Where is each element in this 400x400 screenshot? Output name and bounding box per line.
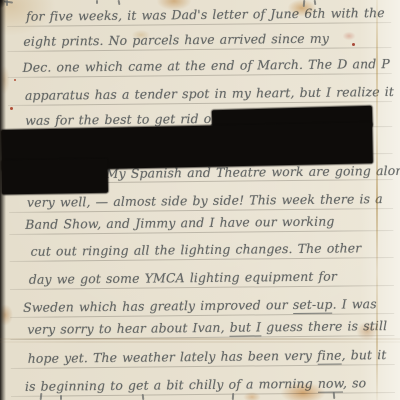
vertical-fold-line bbox=[376, 0, 378, 400]
ink-speck bbox=[14, 79, 16, 81]
letter-line: Band Show, and Jimmy and I have our work… bbox=[25, 215, 334, 232]
letter-line: eight prints. No parcels have arrived si… bbox=[23, 32, 329, 49]
horizontal-crease-line bbox=[0, 338, 400, 340]
letter-line: hope yet. The weather lately has been ve… bbox=[28, 348, 387, 366]
letter-line: Dec. one which came at the end of March.… bbox=[23, 57, 390, 75]
letter-line: very well, — almost side by side! This w… bbox=[27, 192, 383, 209]
ink-speck bbox=[10, 107, 13, 110]
letter-line: very sorry to hear about Ivan, but I gue… bbox=[27, 319, 387, 337]
letter-line: day we got some YMCA lighting equipment … bbox=[29, 270, 337, 287]
letter-line: is beginning to get a bit chilly of a mo… bbox=[25, 376, 366, 393]
letter-line: cut out ringing all the lighting changes… bbox=[30, 241, 361, 258]
scan-edge-shadow-left bbox=[0, 0, 6, 400]
cut-off-stroke-fragment bbox=[96, 0, 98, 4]
scan-content-layer: for five weeks, it was Dad's letter of J… bbox=[0, 0, 400, 400]
underlined-word: set-up bbox=[293, 297, 333, 314]
underlined-word: now bbox=[318, 376, 343, 393]
horizontal-crease-line-faint bbox=[0, 341, 400, 343]
letter-line: Sweden which has greatly improved our se… bbox=[23, 297, 377, 314]
underlined-word: fine bbox=[317, 348, 342, 365]
letter-line: apparatus has a tender spot in my heart,… bbox=[25, 85, 394, 103]
underlined-word: but I bbox=[230, 319, 262, 336]
letter-scan-screenshot: { "document": { "kind_label": "handwritt… bbox=[0, 0, 400, 400]
ink-speck bbox=[352, 43, 355, 46]
letter-line: for five weeks, it was Dad's letter of J… bbox=[26, 6, 385, 24]
scan-corner-mark bbox=[0, 0, 10, 13]
redaction-block bbox=[1, 159, 108, 195]
cut-off-stroke-fragment bbox=[60, 395, 62, 400]
